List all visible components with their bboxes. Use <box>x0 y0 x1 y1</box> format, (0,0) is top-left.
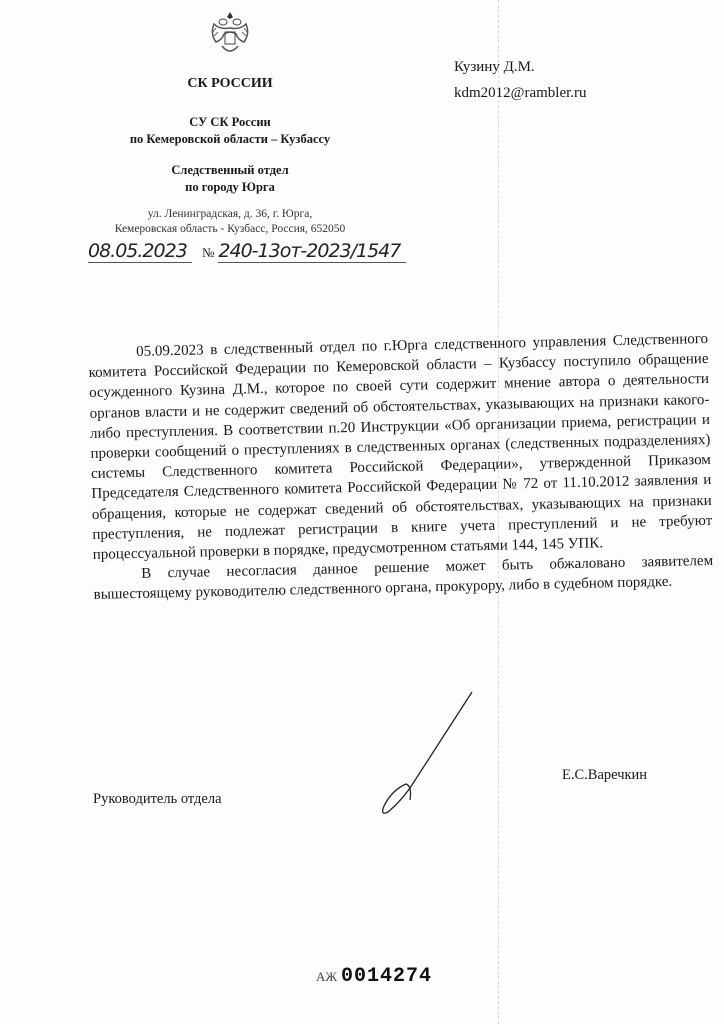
registration-line: 08.05.2023 № 240-13от-2023/1547 <box>88 240 428 268</box>
form-serial: АЖ0014274 <box>316 965 432 988</box>
signatory-title: Руководитель отдела <box>93 791 222 808</box>
recipient-email: kdm2012@rambler.ru <box>454 80 587 106</box>
org-main-title: СК РОССИИ <box>100 76 360 92</box>
department-line: по городу Юрга <box>100 179 360 196</box>
address-line: Кемеровская область - Кузбасс, Россия, 6… <box>80 222 380 237</box>
serial-number: 0014274 <box>341 965 432 988</box>
org-sub-title: СУ СК России по Кемеровской области – Ку… <box>100 114 360 148</box>
org-sub-line: по Кемеровской области – Кузбассу <box>100 131 360 148</box>
handwritten-date: 08.05.2023 <box>88 240 192 263</box>
department-line: Следственный отдел <box>100 162 360 179</box>
handwritten-signature-icon <box>370 690 480 820</box>
serial-prefix: АЖ <box>316 969 337 984</box>
coat-of-arms-icon <box>208 10 252 58</box>
number-label: № <box>202 245 214 260</box>
handwritten-reg-number: 240-13от-2023/1547 <box>218 240 406 263</box>
signatory-name: Е.С.Варечкин <box>562 767 647 784</box>
letter-body: 05.09.2023 в следственный отдел по г.Юрг… <box>88 329 714 606</box>
address-line: ул. Ленинградская, д. 36, г. Юрга, <box>80 207 380 222</box>
recipient-name: Кузину Д.М. <box>454 54 587 80</box>
address: ул. Ленинградская, д. 36, г. Юрга, Кемер… <box>80 207 380 237</box>
department-title: Следственный отдел по городу Юрга <box>100 162 360 196</box>
org-sub-line: СУ СК России <box>100 114 360 131</box>
body-paragraph: 05.09.2023 в следственный отдел по г.Юрг… <box>88 329 713 565</box>
recipient-block: Кузину Д.М. kdm2012@rambler.ru <box>454 54 587 106</box>
